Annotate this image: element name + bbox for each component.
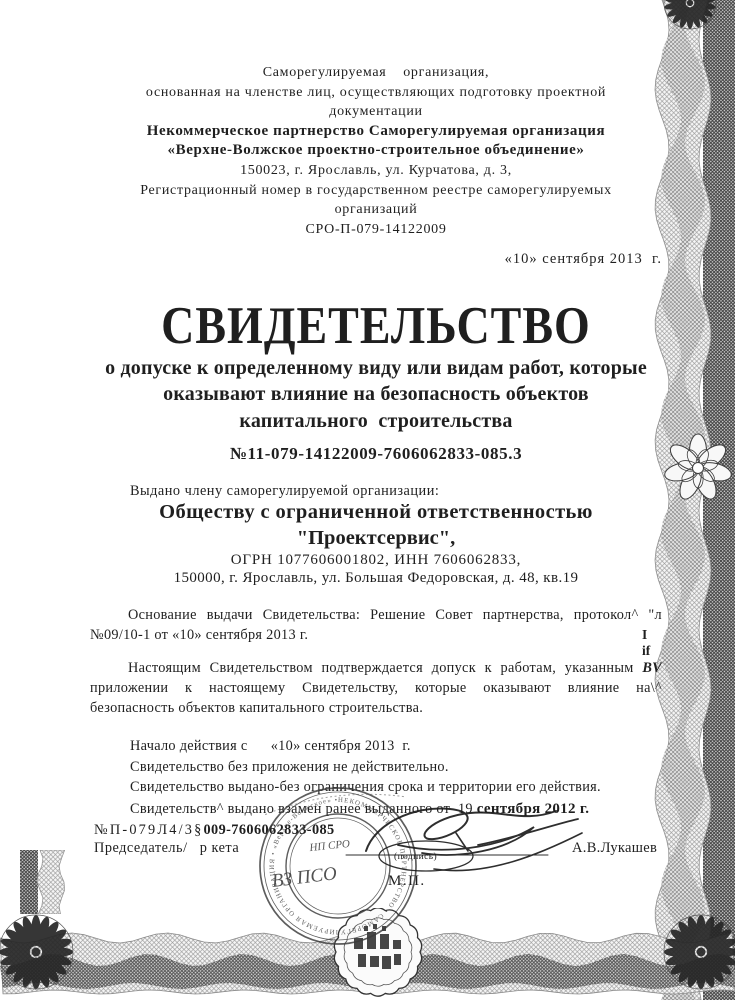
certificate-number: №11-079-14122009-7606062833-085.3 [90,444,662,464]
scan-artifact-bv: BV [642,660,662,676]
chairman-label: Председатель/ р кета [94,840,239,857]
recipient-intro: Выдано члену саморегулируемой организаци… [130,483,439,500]
document-subtitle: о допуске к определенному виду или видам… [90,355,662,434]
right-guilloche-border [653,0,735,1000]
issuer-reg-line: Регистрационный номер в государственном … [90,181,662,201]
issue-date: «10» сентября 2013 г. [505,251,662,268]
certificate-scan-page: Саморегулируемая организация, основанная… [0,0,735,1000]
recipient-org-name: Обществу с ограниченной ответственностью [90,501,662,524]
prev-number-prefix: №П-079Л4/3§ [94,822,204,838]
basis-line: Основание выдачи Свидетельства: Решение … [90,605,662,625]
document-title: СВИДЕТЕЛЬСТВО [90,295,662,355]
basis-line: №09/10-1 от «10» сентября 2013 г. [90,625,662,645]
confirmation-text: Настоящим Свидетельством подтверждается … [128,660,634,676]
subtitle-line: капитального строительства [90,408,662,434]
recipient-ogrn-inn: ОГРН 1077606001802, ИНН 7606062833, [90,552,662,569]
confirmation-line: приложении к настоящему Свидетельству, к… [90,678,662,698]
confirmation-line: безопасность объектов капитального строи… [90,698,662,718]
issuer-reg-number: СРО-П-079-14122009 [90,220,662,240]
left-corner-guilloche [14,850,68,914]
issuer-reg-line: организаций [90,200,662,220]
terms-line: Начало действия с «10» сентября 2013 г. [130,736,662,757]
issuer-type-line: Саморегулируемая организация, [90,63,662,83]
confirmation-paragraph: Настоящим Свидетельством подтверждается … [90,658,662,718]
basis-paragraph: Основание выдачи Свидетельства: Решение … [90,605,662,645]
issuer-address: 150023, г. Ярославль, ул. Курчатова, д. … [90,161,662,181]
subtitle-line: о допуске к определенному виду или видам… [90,355,662,381]
signature-scribble [338,793,593,893]
terms-line: Свидетельство без приложения не действит… [130,757,662,778]
issuer-org-name: «Верхне-Волжское проектно-строительное о… [90,141,662,161]
recipient-org-name: "Проектсервис", [90,527,662,550]
issuer-type-line: основанная на членстве лиц, осуществляющ… [90,83,662,103]
confirmation-line: Настоящим Свидетельством подтверждается … [90,658,662,678]
issuer-header: Саморегулируемая организация, основанная… [90,63,662,239]
issuer-type-line: документации [90,102,662,122]
issuer-org-name: Некоммерческое партнерство Саморегулируе… [90,122,662,142]
stamp-center-line2: ВЗ ПСО [271,863,339,892]
subtitle-line: оказывают влияние на безопасность объект… [90,381,662,407]
scan-edge-artifact: I if [642,627,662,659]
recipient-address: 150000, г. Ярославль, ул. Большая Федоро… [90,570,662,587]
